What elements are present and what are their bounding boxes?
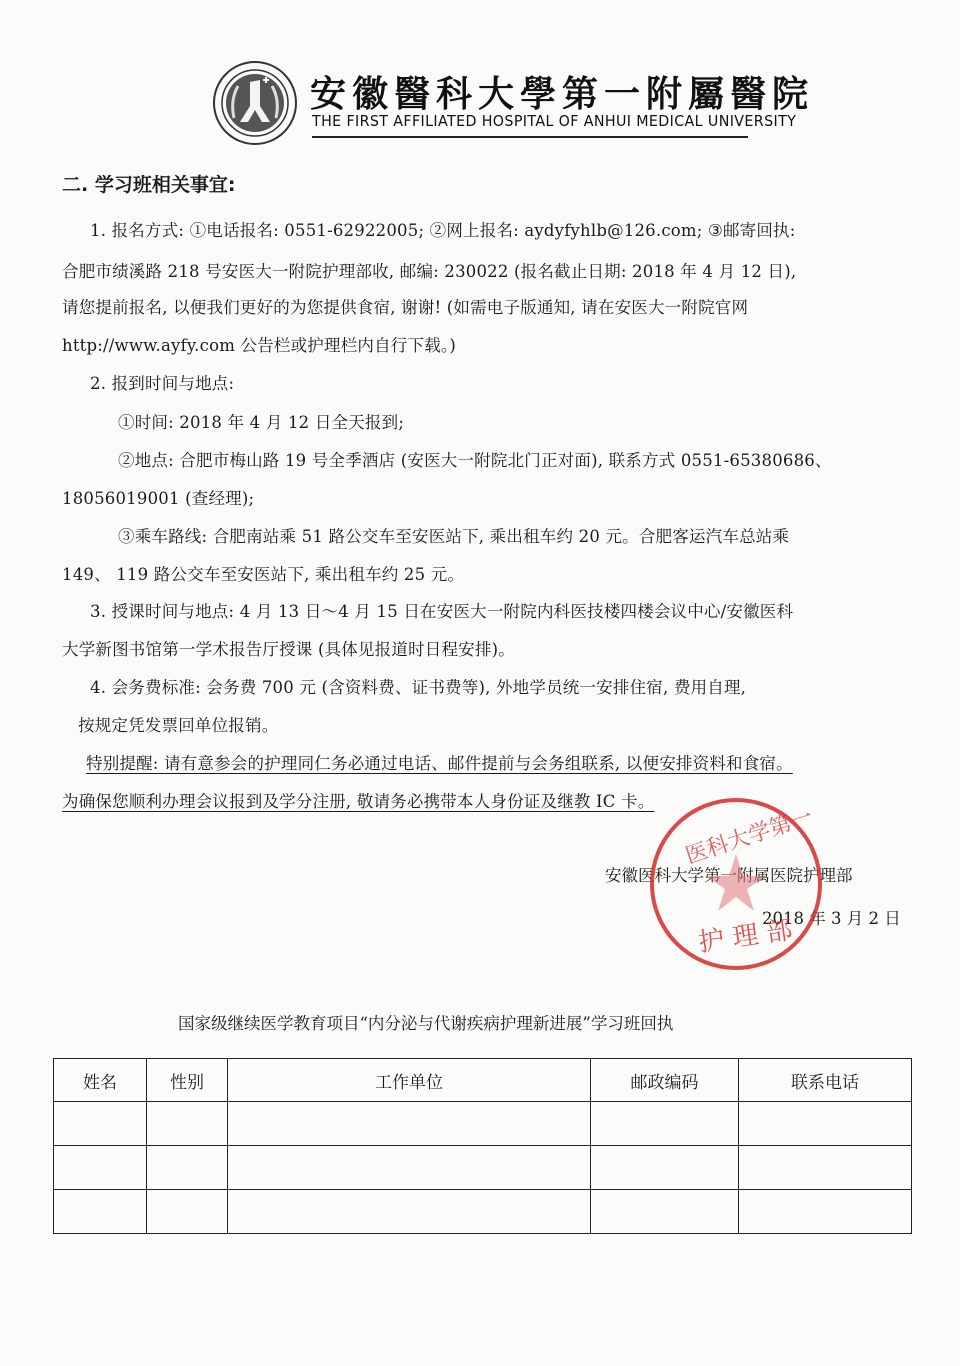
section-title: 二. 学习班相关事宜:: [62, 170, 235, 197]
item-2-location-cont: 18056019001 (查经理);: [62, 485, 254, 509]
header-rule: [312, 136, 748, 138]
cell-postcode[interactable]: [591, 1102, 739, 1146]
item-2-time: ①时间: 2018 年 4 月 12 日全天报到;: [118, 409, 404, 433]
column-header-workplace: 工作单位: [228, 1059, 591, 1102]
table-row: [54, 1102, 912, 1146]
cell-phone[interactable]: [739, 1102, 912, 1146]
reply-form-title: 国家级继续医学教育项目“内分泌与代谢疾病护理新进展”学习班回执: [178, 1010, 673, 1034]
item-4-line-2: 按规定凭发票回单位报销。: [78, 712, 278, 736]
cell-phone[interactable]: [739, 1190, 912, 1234]
column-header-postcode: 邮政编码: [591, 1059, 739, 1102]
item-2-location: ②地点: 合肥市梅山路 19 号全季酒店 (安医大一附院北门正对面), 联系方式…: [118, 447, 832, 471]
cell-gender[interactable]: [147, 1102, 228, 1146]
item-1-line-3: 请您提前报名, 以便我们更好的为您提供食宿, 谢谢! (如需电子版通知, 请在安…: [62, 294, 748, 318]
hospital-name-en: THE FIRST AFFILIATED HOSPITAL OF ANHUI M…: [312, 112, 796, 130]
cell-name[interactable]: [54, 1146, 147, 1190]
cell-workplace[interactable]: [228, 1190, 591, 1234]
column-header-phone: 联系电话: [739, 1059, 912, 1102]
table-row: [54, 1146, 912, 1190]
item-2-heading: 2. 报到时间与地点:: [90, 370, 234, 394]
special-reminder-line-2: 为确保您顺利办理会议报到及学分注册, 敬请务必携带本人身份证及继教 IC 卡。: [62, 788, 654, 812]
cell-workplace[interactable]: [228, 1146, 591, 1190]
item-1-line-2: 合肥市绩溪路 218 号安医大一附院护理部收, 邮编: 230022 (报名截止…: [62, 258, 796, 282]
item-1-line-4: http://www.ayfy.com 公告栏或护理栏内自行下载。): [62, 332, 456, 356]
cell-postcode[interactable]: [591, 1146, 739, 1190]
svg-text:医科大学第一: 医科大学第一: [683, 805, 816, 870]
cell-name[interactable]: [54, 1102, 147, 1146]
reply-form-table: 姓名 性别 工作单位 邮政编码 联系电话: [53, 1058, 912, 1234]
item-1-line-1: 1. 报名方式: ①电话报名: 0551-62922005; ②网上报名: ay…: [90, 217, 796, 241]
column-header-name: 姓名: [54, 1059, 147, 1102]
item-3-line-1: 3. 授课时间与地点: 4 月 13 日～4 月 15 日在安医大一附院内科医技…: [90, 598, 793, 622]
item-4-line-1: 4. 会务费标准: 会务费 700 元 (含资料费、证书费等), 外地学员统一安…: [90, 674, 746, 698]
cell-workplace[interactable]: [228, 1102, 591, 1146]
hospital-emblem-icon: [212, 60, 298, 146]
cell-name[interactable]: [54, 1190, 147, 1234]
item-2-route-cont: 149、 119 路公交车至安医站下, 乘出租车约 25 元。: [62, 561, 464, 585]
table-row: [54, 1190, 912, 1234]
item-3-line-2: 大学新图书馆第一学术报告厅授课 (具体见报道时日程安排)。: [62, 636, 515, 660]
signature-organization: 安徽医科大学第一附属医院护理部: [605, 862, 853, 886]
cell-gender[interactable]: [147, 1190, 228, 1234]
column-header-gender: 性别: [147, 1059, 228, 1102]
table-header-row: 姓名 性别 工作单位 邮政编码 联系电话: [54, 1059, 912, 1102]
item-2-route: ③乘车路线: 合肥南站乘 51 路公交车至安医站下, 乘出租车约 20 元。合肥…: [118, 523, 789, 547]
letterhead: 安徽醫科大學第一附屬醫院 THE FIRST AFFILIATED HOSPIT…: [212, 58, 762, 148]
cell-gender[interactable]: [147, 1146, 228, 1190]
special-reminder-line-1: 特别提醒: 请有意参会的护理同仁务必通过电话、邮件提前与会务组联系, 以便安排资…: [86, 750, 793, 774]
signature-date: 2018 年 3 月 2 日: [762, 905, 901, 929]
cell-phone[interactable]: [739, 1146, 912, 1190]
document-page: 安徽醫科大學第一附屬醫院 THE FIRST AFFILIATED HOSPIT…: [0, 0, 960, 1366]
hospital-name-cn: 安徽醫科大學第一附屬醫院: [310, 66, 814, 117]
cell-postcode[interactable]: [591, 1190, 739, 1234]
